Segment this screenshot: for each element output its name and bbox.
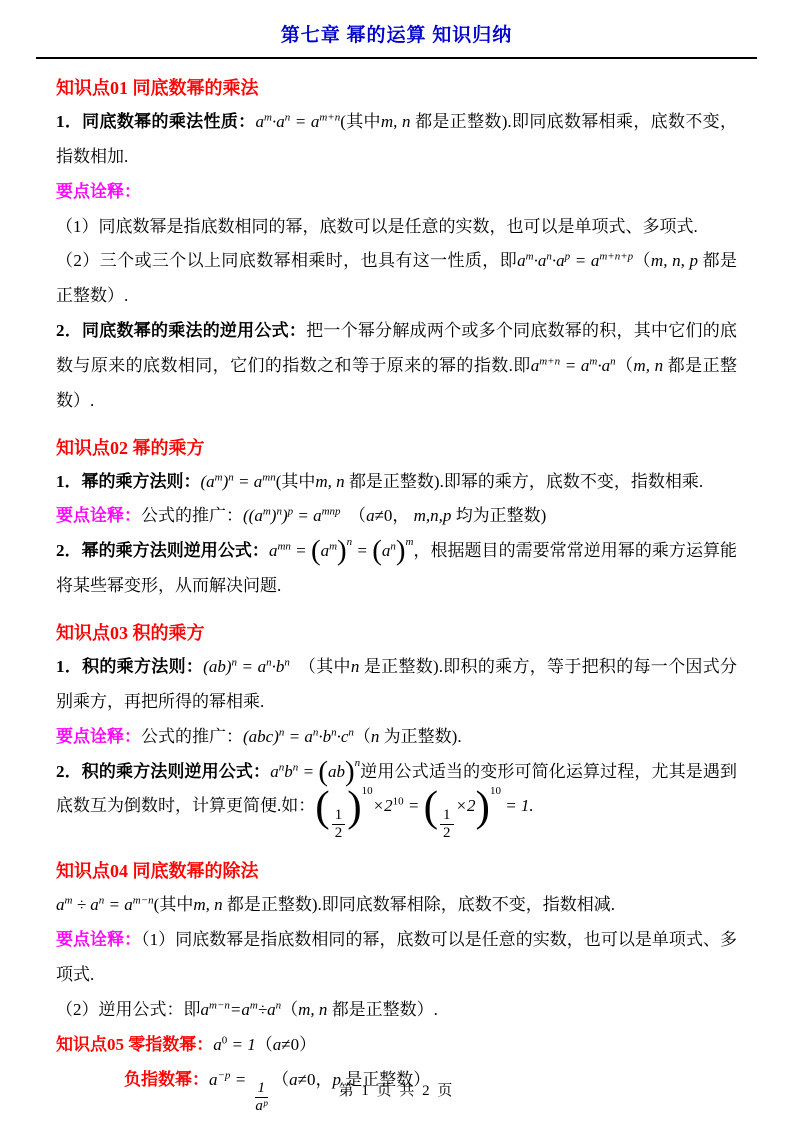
right-paren-icon: ) [396, 535, 406, 567]
exponent: m [215, 471, 223, 483]
section-heading-kp03: 知识点03 积的乘方 [56, 619, 737, 645]
text-segment: 均为正整数) [451, 506, 546, 525]
math-segment: = [298, 762, 318, 781]
note-label: 要点诠释： [56, 930, 141, 949]
text-segment: （ [354, 727, 371, 746]
math-segment: a [256, 112, 265, 131]
section-kp02: 知识点02 幂的乘方 1．幂的乘方法则：(am)n = amn(其中m, n 都… [56, 434, 737, 604]
exponent: m [263, 506, 271, 518]
section-kp04: 知识点04 同底数幂的除法 am ÷ an = am−n(其中m, n 都是正整… [56, 857, 737, 1027]
text-segment: （其中 [290, 657, 351, 676]
math-segment: a [321, 541, 330, 560]
exponent: mn [277, 541, 290, 553]
section-kp05: 知识点05 零指数幂：a0 = 1（a≠0） 负指数幂：a−p = 1aᵖ（a≠… [56, 1028, 737, 1116]
math-segment: ÷a [258, 1000, 276, 1019]
exponent: m−n [209, 999, 230, 1011]
math-segment: ab [328, 762, 345, 781]
section-heading-kp04: 知识点04 同底数幂的除法 [56, 857, 737, 883]
bold-label: 2．积的乘方法则逆用公式： [56, 762, 270, 781]
paragraph-note: 要点诠释：公式的推广：(abc)n = an·bn·cn（n 为正整数). [56, 720, 737, 755]
math-segment: = 1. [501, 796, 534, 815]
fraction-numerator: 1 [440, 807, 454, 825]
left-paren-icon: ( [315, 783, 329, 831]
exponent: mn [262, 471, 275, 483]
math-segment: m, n [298, 1000, 327, 1019]
fraction-numerator: 1 [332, 807, 346, 825]
right-paren-icon: ) [337, 535, 347, 567]
math-segment: (a [201, 472, 215, 491]
paragraph-rule1: 1．积的乘方法则：(ab)n = an·bn （其中n 是正整数).即积的乘方，… [56, 650, 737, 720]
math-segment: = 1 [227, 1035, 255, 1054]
left-paren-icon: ( [311, 535, 321, 567]
text-segment: （ [256, 1035, 273, 1054]
math-segment: a [56, 895, 65, 914]
paragraph-note-2: （2）逆用公式：即am−n=am÷an（m, n 都是正整数）. [56, 993, 737, 1028]
text-segment: （1）同底数幂是指底数相同的幂，底数可以是任意的实数，也可以是单项式、多项式. [56, 217, 698, 236]
math-segment: (abc) [243, 727, 279, 746]
math-segment: ÷ a [72, 895, 98, 914]
math-segment: ·a [552, 251, 565, 270]
math-segment: ·a [534, 251, 547, 270]
text-segment: ≠0） [281, 1035, 316, 1054]
text-segment: ≠0， [375, 506, 414, 525]
paragraph-rule: am ÷ an = am−n(其中m, n 都是正整数).即同底数幂相除，底数不… [56, 888, 737, 923]
math-segment: ·b [272, 657, 285, 676]
paragraph-zero-exponent: 知识点05 零指数幂：a0 = 1（a≠0） [56, 1028, 737, 1063]
math-segment: = a [284, 727, 312, 746]
paragraph-rule1: 1．幂的乘方法则：(am)n = amn(其中m, n 都是正整数).即幂的乘方… [56, 465, 737, 500]
math-segment: a [270, 762, 279, 781]
text-segment: （2）三个或三个以上同底数幂相乘时，也具有这一性质，即 [56, 251, 517, 270]
exponent: m+n+p [599, 251, 633, 263]
math-segment: ·a [272, 112, 285, 131]
right-paren-icon: ) [347, 783, 361, 831]
text-segment: (其中 [340, 112, 381, 131]
section-kp01: 知识点01 同底数幂的乘法 1．同底数幂的乘法性质：am·an = am+n(其… [56, 74, 737, 419]
exponent: m [250, 999, 258, 1011]
math-segment: m,n,p [414, 506, 452, 525]
paragraph-rule2: 2．同底数幂的乘法的逆用公式：把一个幂分解成两个或多个同底数幂的积，其中它们的底… [56, 314, 737, 419]
exponent: m [264, 111, 272, 123]
math-segment: = a [237, 657, 266, 676]
text-segment: 都是正整数）. [327, 1000, 438, 1019]
bold-label: 2．同底数幂的乘法的逆用公式： [56, 321, 306, 340]
fraction: 12 [440, 807, 454, 843]
section-heading-kp02: 知识点02 幂的乘方 [56, 434, 737, 460]
exponent: 10 [490, 785, 501, 797]
left-paren-icon: ( [424, 783, 438, 831]
exponent: m+n [319, 111, 340, 123]
paragraph-note-2: （2）三个或三个以上同底数幂相乘时，也具有这一性质，即am·an·ap = am… [56, 244, 737, 314]
exponent: m+n [539, 355, 560, 367]
math-segment: m, n [315, 472, 344, 491]
text-segment: (其中 [276, 472, 316, 491]
document-page: 第七章 幂的运算 知识归纳 知识点01 同底数幂的乘法 1．同底数幂的乘法性质：… [0, 0, 793, 1122]
text-segment: 公式的推广： [141, 506, 243, 525]
math-segment: = a [290, 112, 319, 131]
text-segment: （2）逆用公式：即 [56, 1000, 201, 1019]
text-segment: （ [616, 356, 634, 375]
fraction-denominator: 2 [440, 825, 454, 842]
page-number: 第 1 页 共 2 页 [339, 1083, 455, 1099]
math-segment: ·c [337, 727, 349, 746]
paragraph-note: 要点诠释：公式的推广：((am)n)p = amnp （a≠0， m,n,p 均… [56, 499, 737, 534]
math-segment: (ab) [203, 657, 231, 676]
paragraph-rule2: 2．幂的乘方法则逆用公式：amn = (am)n = (an)m，根据题目的需要… [56, 534, 737, 604]
exponent: m [329, 541, 337, 553]
math-segment: m, n [193, 895, 222, 914]
title-divider [36, 57, 757, 59]
math-segment: a [201, 1000, 210, 1019]
math-segment: =a [230, 1000, 250, 1019]
red-label: 知识点05 零指数幂： [56, 1035, 213, 1054]
math-segment: ·a [597, 356, 610, 375]
math-segment: = a [570, 251, 599, 270]
math-segment: ((a [243, 506, 263, 525]
math-segment: = a [104, 895, 132, 914]
text-segment: 都是正整数).即同底数幂相除，底数不变，指数相减. [223, 895, 615, 914]
paragraph-rule1: 1．同底数幂的乘法性质：am·an = am+n(其中m, n 都是正整数).即… [56, 105, 737, 175]
math-segment: m, n [633, 356, 663, 375]
math-segment: a [531, 356, 540, 375]
text-segment: （ [341, 506, 367, 525]
exponent: m−n [133, 895, 154, 907]
bold-label: 1．幂的乘方法则： [56, 472, 201, 491]
math-segment: = a [293, 506, 321, 525]
exponent: mnp [322, 506, 341, 518]
note-label: 要点诠释： [56, 182, 141, 201]
math-segment: ·b [318, 727, 331, 746]
fraction-denominator: aᵖ [252, 1098, 270, 1115]
section-kp03: 知识点03 积的乘方 1．积的乘方法则：(ab)n = an·bn （其中n 是… [56, 619, 737, 842]
math-segment: a [517, 251, 526, 270]
text-segment: （ [633, 251, 651, 270]
text-segment: 公式的推广： [141, 727, 243, 746]
math-segment: m, n [381, 112, 411, 131]
document-title: 第七章 幂的运算 知识归纳 [56, 20, 737, 47]
bold-label: 2．幂的乘方法则逆用公式： [56, 541, 269, 560]
note-label: 要点诠释： [56, 727, 141, 746]
text-segment: 为正整数). [379, 727, 461, 746]
math-segment: a [213, 1035, 222, 1054]
paragraph-note-1: （1）同底数幂是指底数相同的幂，底数可以是任意的实数，也可以是单项式、多项式. [56, 210, 737, 245]
bold-label: 1．同底数幂的乘法性质： [56, 112, 256, 131]
left-paren-icon: ( [372, 535, 382, 567]
page-footer: 第 1 页 共 2 页 [0, 1079, 793, 1100]
exponent: 10 [393, 796, 404, 808]
math-segment: = [352, 541, 372, 560]
bold-label: 1．积的乘方法则： [56, 657, 203, 676]
math-segment: a [366, 506, 375, 525]
math-segment: m, n, p [651, 251, 698, 270]
paragraph-note-label: 要点诠释： [56, 175, 737, 210]
text-segment: 都是正整数).即幂的乘方，底数不变，指数相乘. [345, 472, 703, 491]
math-segment: = a [234, 472, 262, 491]
math-segment: ×2 [456, 796, 476, 815]
math-segment: = [404, 796, 424, 815]
math-segment: ×2 [373, 796, 393, 815]
note-label: 要点诠释： [56, 506, 141, 525]
exponent: 10 [362, 785, 373, 797]
section-heading-kp01: 知识点01 同底数幂的乘法 [56, 74, 737, 100]
exponent: m [526, 251, 534, 263]
text-segment: (其中 [154, 895, 194, 914]
paragraph-note-1: 要点诠释：（1）同底数幂是指底数相同的幂，底数可以是任意的实数，也可以是单项式、… [56, 923, 737, 993]
text-segment: （ [281, 1000, 298, 1019]
math-segment: b [284, 762, 293, 781]
math-segment: = a [560, 356, 589, 375]
text-segment: （1）同底数幂是指底数相同的幂，底数可以是任意的实数，也可以是单项式、多项式. [56, 930, 737, 984]
right-paren-icon: ) [476, 783, 490, 831]
math-segment: a [273, 1035, 282, 1054]
paragraph-rule2: 2．积的乘方法则逆用公式：anbn = (ab)n逆用公式适当的变形可简化运算过… [56, 755, 737, 843]
math-segment: = [291, 541, 311, 560]
fraction-denominator: 2 [332, 825, 346, 842]
fraction: 12 [332, 807, 346, 843]
